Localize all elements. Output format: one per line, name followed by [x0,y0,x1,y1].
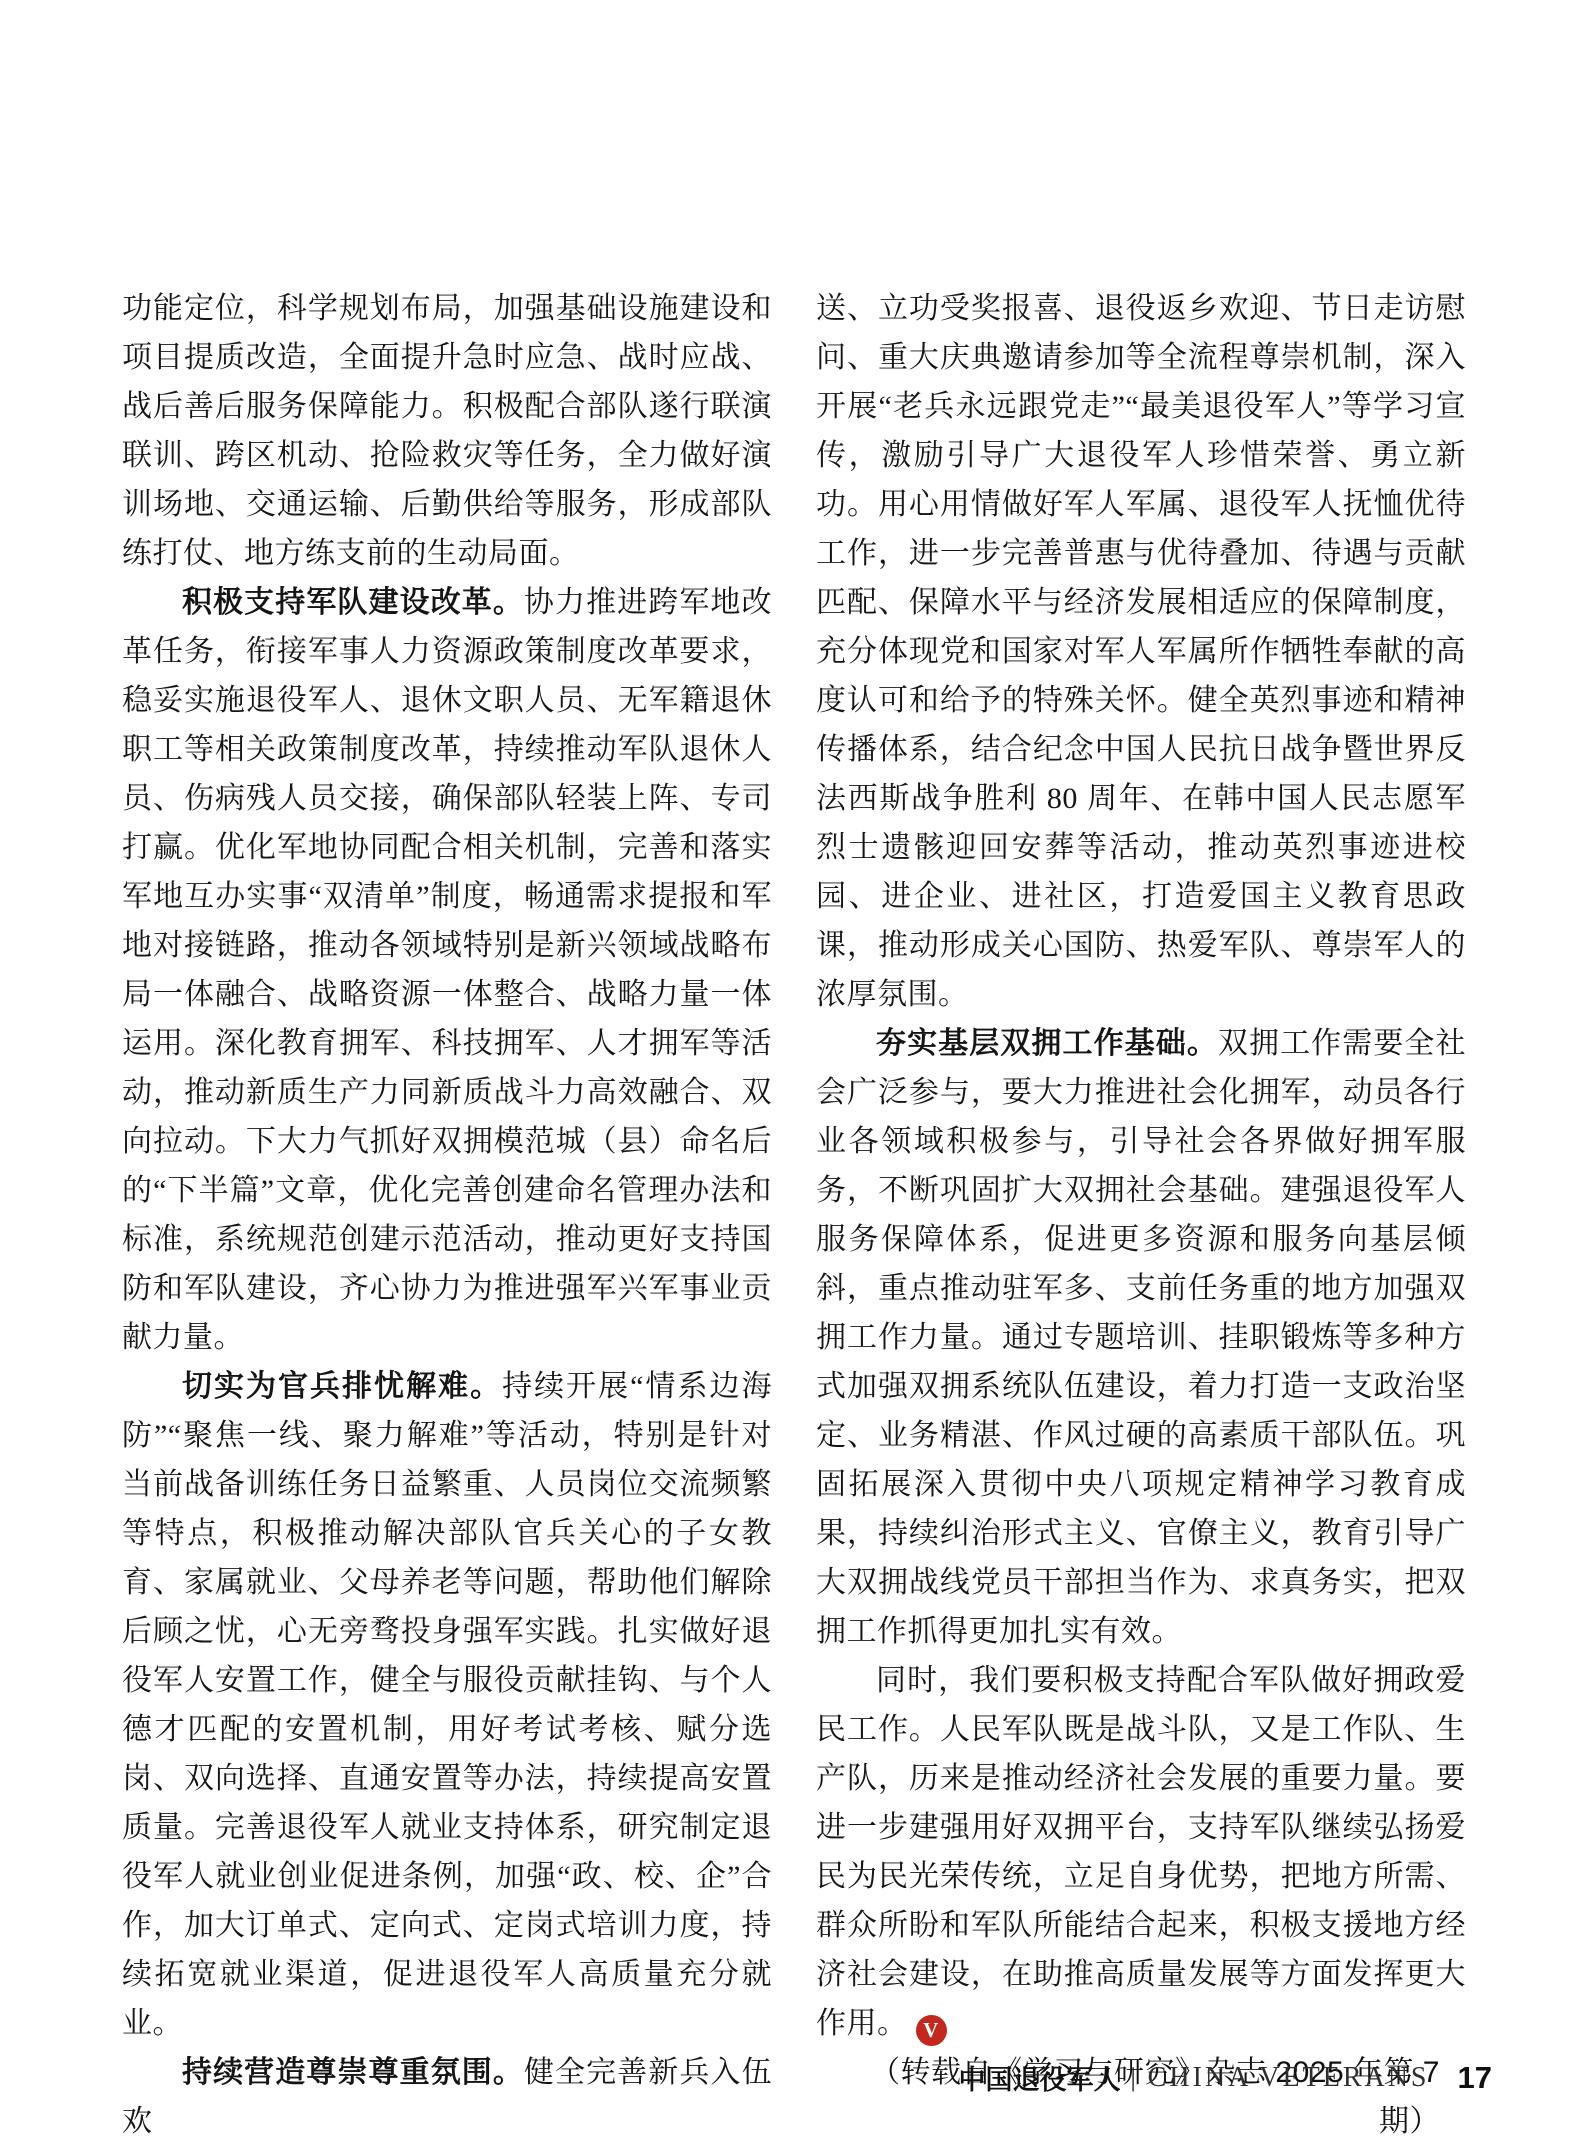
paragraph-lead: 切实为官兵排忧解难。 [182,1370,502,1403]
magazine-title-cn: 中国退役军人 [958,2058,1120,2097]
v-badge-letter: V [923,2018,939,2042]
paragraph-lead: 积极支持军队建设改革。 [182,586,524,619]
footer-separator: | [1130,2063,1135,2093]
paragraph: 切实为官兵排忧解难。持续开展“情系边海防”“聚焦一线、聚力解难”等活动，特别是针… [122,1362,772,2048]
paragraph-lead: 持续营造尊崇尊重氛围。 [182,2056,524,2089]
paragraph-lead: 夯实基层双拥工作基础。 [876,1027,1218,1060]
paragraph-body: 双拥工作需要全社会广泛参与，要大力推进社会化拥军，动员各行业各领域积极参与，引导… [816,1027,1466,1648]
paragraph: 持续营造尊崇尊重氛围。健全完善新兵入伍欢 [122,2048,772,2146]
paragraph-body: 持续开展“情系边海防”“聚焦一线、聚力解难”等活动，特别是针对当前战备训练任务日… [122,1370,772,2040]
paragraph-body: 功能定位，科学规划布局，加强基础设施建设和项目提质改造，全面提升急时应急、战时应… [122,292,772,570]
paragraph: 同时，我们要积极支持配合军队做好拥政爱民工作。人民军队既是战斗队，又是工作队、生… [816,1656,1466,2048]
right-column: 送、立功受奖报喜、退役返乡欢迎、节日走访慰问、重大庆典邀请参加等全流程尊崇机制，… [816,284,1466,2146]
veterans-v-badge-icon: V [916,2015,947,2046]
magazine-title-en: CHINA VETERANS [1148,2062,1430,2094]
paragraph-body: 协力推进跨军地改革任务，衔接军事人力资源政策制度改革要求，稳妥实施退役军人、退休… [122,586,772,1354]
paragraph: 夯实基层双拥工作基础。双拥工作需要全社会广泛参与，要大力推进社会化拥军，动员各行… [816,1019,1466,1656]
left-column: 功能定位，科学规划布局，加强基础设施建设和项目提质改造，全面提升急时应急、战时应… [122,284,772,2146]
paragraph-body: 同时，我们要积极支持配合军队做好拥政爱民工作。人民军队既是战斗队，又是工作队、生… [816,1664,1466,2040]
paragraph: 积极支持军队建设改革。协力推进跨军地改革任务，衔接军事人力资源政策制度改革要求，… [122,578,772,1362]
page-number: 17 [1458,2060,1492,2096]
paragraph: 功能定位，科学规划布局，加强基础设施建设和项目提质改造，全面提升急时应急、战时应… [122,284,772,578]
paragraph: 送、立功受奖报喜、退役返乡欢迎、节日走访慰问、重大庆典邀请参加等全流程尊崇机制，… [816,284,1466,1019]
paragraph-body: 送、立功受奖报喜、退役返乡欢迎、节日走访慰问、重大庆典邀请参加等全流程尊崇机制，… [816,292,1466,1011]
page-footer: 中国退役军人 | CHINA VETERANS 17 [958,2058,1492,2097]
